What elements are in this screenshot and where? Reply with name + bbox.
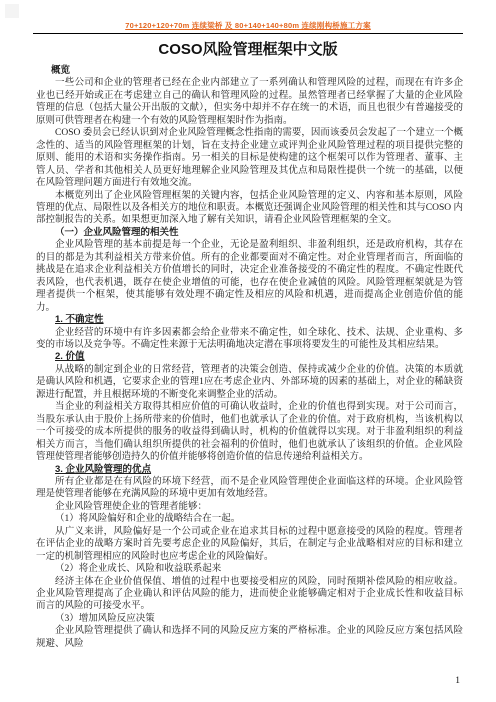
paragraph: 本概览列出了企业风险管理框架的关键内容，包括企业风险管理的定义、内容和基本原则，… xyxy=(36,190,463,227)
document-header-text: 70+120+120+70m 连续梁桥 及 80+140+140+80m 连续刚… xyxy=(0,20,496,31)
header-rule xyxy=(33,33,463,34)
heading-sub: 3. 企业风险管理的优点 xyxy=(36,464,463,476)
paragraph: COSO 委员会已经认识到对企业风险管理概念性指南的需要，因而该委员会发起了一个… xyxy=(36,127,463,189)
paragraph: 从广义来讲，风险偏好是一个公司或企业在追求其目标的过程中愿意接受的风险的程度。管… xyxy=(36,526,463,563)
paragraph: 企业风险管理使企业的管理者能够： xyxy=(36,501,463,513)
paragraph: （3）增加风险反应决策 xyxy=(36,613,463,625)
paragraph: 一些公司和企业的管理者已经在企业内部建立了一系列确认和管理风险的过程，而现在有许… xyxy=(36,77,463,127)
paragraph: 所有企业都是在有风险的环境下经营，而不是企业风险管理使企业面临这样的环境。企业风… xyxy=(36,476,463,501)
paragraph: （2）将企业成长、风险和收益联系起来 xyxy=(36,563,463,575)
page-number: 1 xyxy=(455,676,460,686)
paragraph: 从战略的制定到企业的日常经营，管理者的决策会创造、保持或减少企业的价值。决策的本… xyxy=(36,364,463,401)
paragraph: 经济主体在企业价值保值、增值的过程中也要接受相应的风险，同时预期补偿风险的相应收… xyxy=(36,576,463,613)
paragraph: （1）将风险偏好和企业的战略结合在一起。 xyxy=(36,513,463,525)
paragraph: 企业经营的环境中有许多因素都会给企业带来不确定性，如全球化、技术、法规、企业重构… xyxy=(36,327,463,352)
heading-overview: 概览 xyxy=(51,65,463,77)
document-page: 70+120+120+70m 连续梁桥 及 80+140+140+80m 连续刚… xyxy=(0,0,496,702)
scan-corner-artifact xyxy=(5,4,19,18)
heading-section: （一）企业风险管理的相关性 xyxy=(36,227,463,239)
heading-sub: 2. 价值 xyxy=(36,351,463,363)
document-body: 概览一些公司和企业的管理者已经在企业内部建立了一系列确认和管理风险的过程，而现在… xyxy=(36,65,463,650)
page-title: COSO风险管理框架中文版 xyxy=(0,40,496,60)
heading-sub: 1. 不确定性 xyxy=(36,314,463,326)
paragraph: 企业风险管理提供了确认和选择不同的风险反应方案的严格标准。企业的风险反应方案包括… xyxy=(36,625,463,650)
paragraph: 企业风险管理的基本前提是每一个企业，无论是盈利组织、非盈利组织，还是政府机构，其… xyxy=(36,239,463,314)
paragraph: 当企业的利益相关方取得其相应价值的可确认收益时，企业的价值也得到实现。对于公司而… xyxy=(36,401,463,463)
